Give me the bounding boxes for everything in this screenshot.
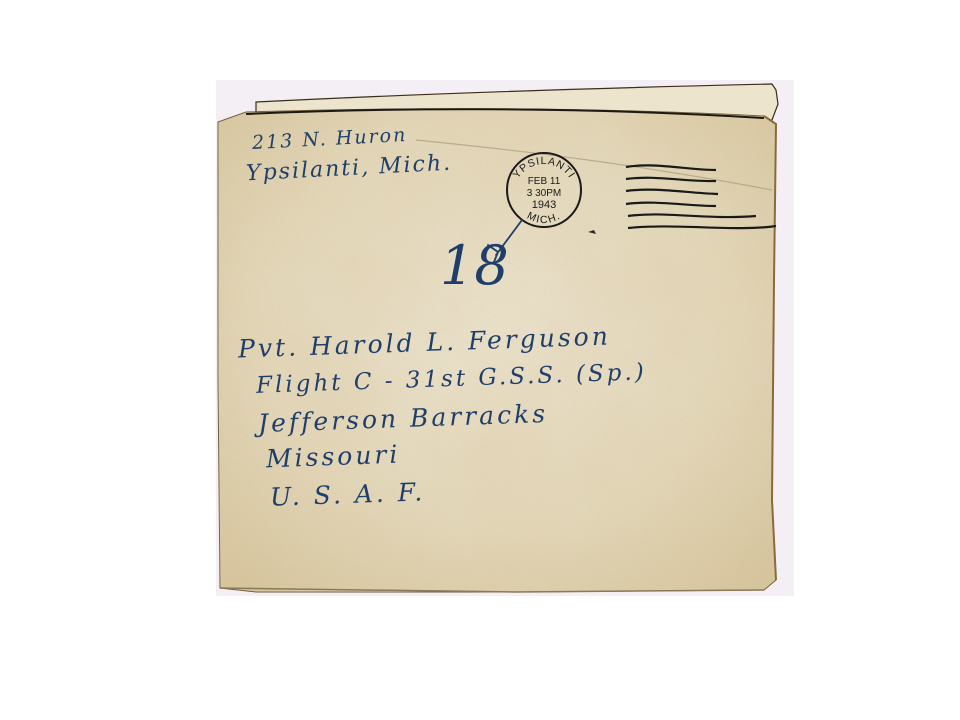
svg-text:1943: 1943: [532, 199, 556, 211]
recipient-line-state: Missouri: [266, 440, 401, 474]
recipient-line-service: U. S. A. F.: [270, 477, 426, 511]
annotation-number: 18: [440, 234, 509, 297]
svg-text:FEB 11: FEB 11: [528, 176, 561, 187]
svg-text:3 30PM: 3 30PM: [527, 188, 561, 199]
envelope-scan: YPSILANTI MICH. FEB 11 3 30PM 1943 213 N…: [216, 80, 794, 596]
